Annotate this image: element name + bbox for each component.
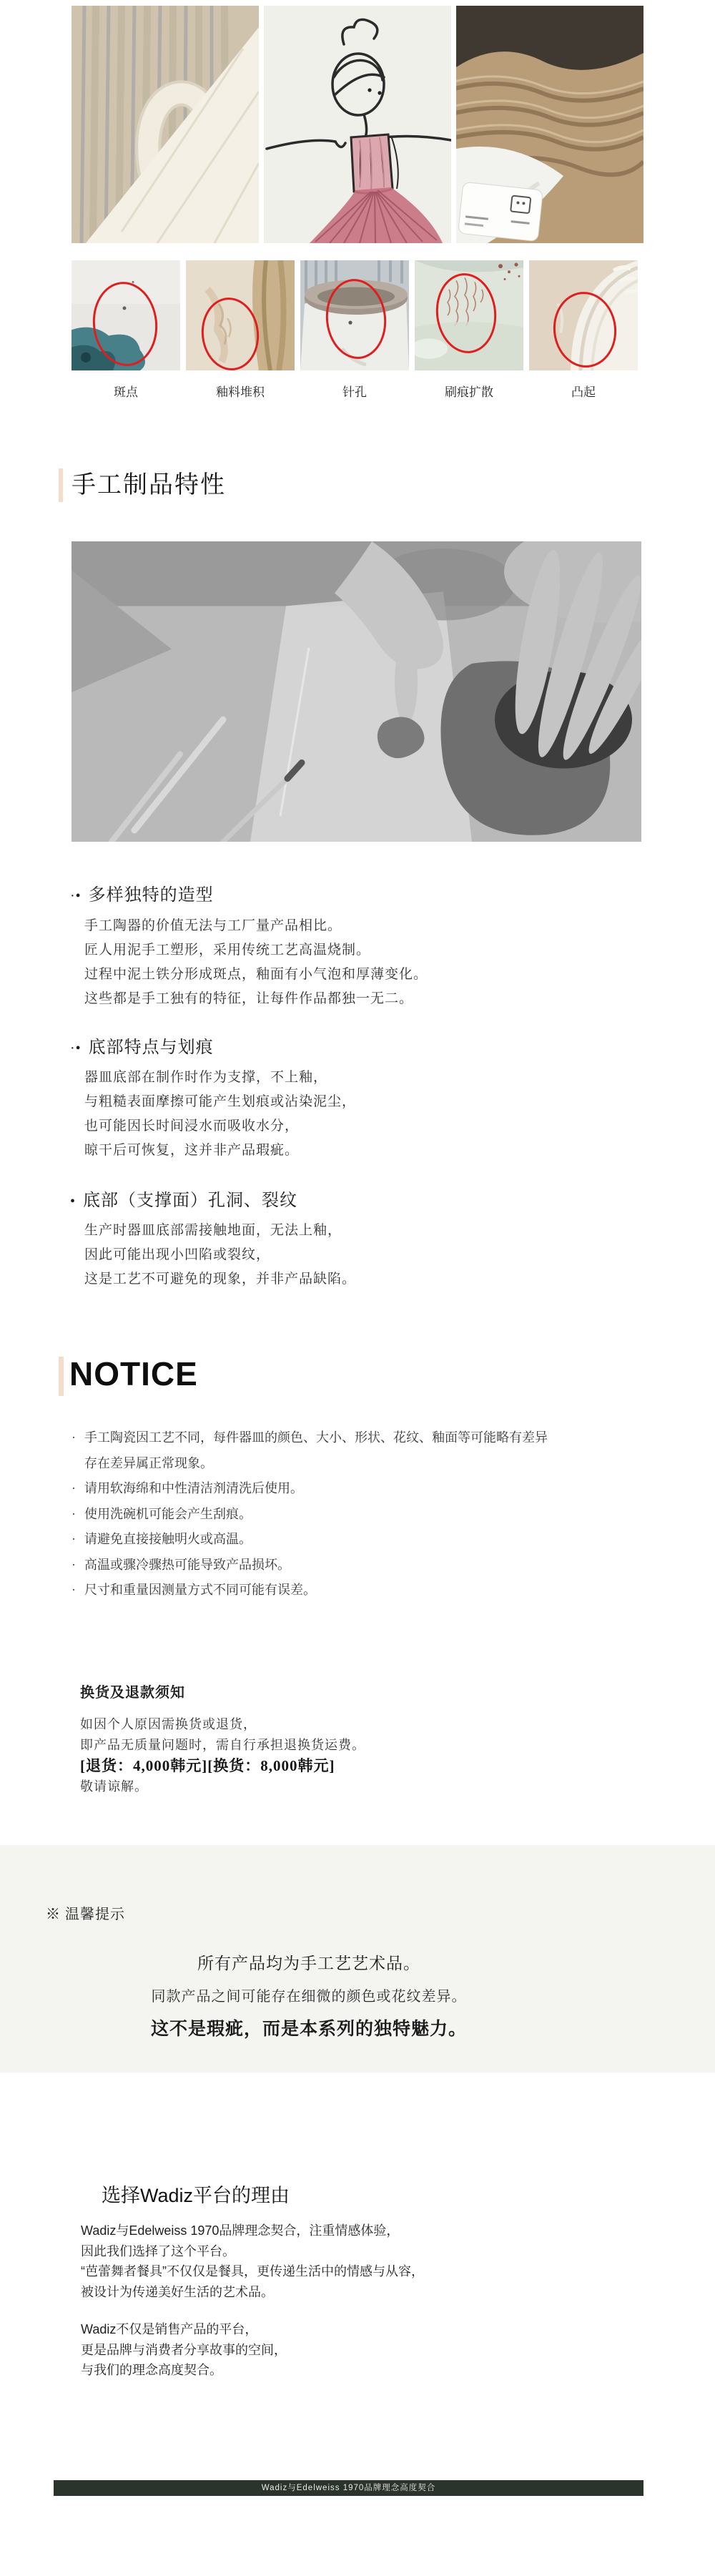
body-line: 过程中泥土铁分形成斑点，釉面有小气泡和厚薄变化。: [84, 963, 428, 987]
refund-fee-line: [退货：4,000韩元][换货：8,000韩元]: [80, 1756, 365, 1776]
refund-closing: 敬请谅解。: [80, 1776, 365, 1797]
dot-bullet-icon: ·: [71, 1527, 84, 1553]
tips-line: 同款产品之间可能存在细微的颜色或花纹差异。: [0, 1985, 618, 2005]
subsection-body-shapes: 手工陶器的价值无法与工厂量产品相比。 匠人用泥手工塑形，采用传统工艺高温烧制。 …: [84, 914, 428, 1011]
section-title-handmade: 手工制品特性: [71, 465, 226, 500]
hero-image-clay-texture: [456, 6, 643, 243]
dot-bullet-icon: ·: [71, 1502, 84, 1528]
bullet-icon: ·•: [70, 888, 82, 904]
subsection-heading-bottom: ·•底部特点与划痕: [70, 1033, 214, 1058]
defect-label-glaze-buildup: 釉料堆积: [186, 382, 295, 400]
wadiz-paragraph-2: Wadiz不仅是销售产品的平台， 更是品牌与消费者分享故事的空间， 与我们的理念…: [81, 2319, 667, 2381]
bullet-icon: •: [70, 1194, 76, 1209]
defect-image-bump: [529, 260, 638, 370]
notice-bullet: ·尺寸和重量因测量方式不同可能有误差。: [71, 1578, 651, 1603]
wadiz-section-title: 选择Wadiz平台的理由: [102, 2180, 290, 2208]
refund-line: 即产品无质量问题时，需自行承担退换货运费。: [80, 1735, 365, 1756]
body-line: 晾干后可恢复，这并非产品瑕疵。: [84, 1139, 356, 1163]
subsection-heading-shapes: ·•多样独特的造型: [70, 880, 214, 905]
tips-line: 这不是瑕疵，而是本系列的独特魅力。: [0, 2015, 618, 2040]
body-line: 因此可能出现小凹陷或裂纹，: [84, 1243, 356, 1267]
defect-image-glaze-buildup: [186, 260, 295, 370]
refund-line: 如因个人原因需换货或退货，: [80, 1714, 365, 1735]
accent-bar: [59, 1357, 64, 1396]
wadiz-paragraph-1: Wadiz与Edelweiss 1970品牌理念契合，注重情感体验， 因此我们选…: [81, 2221, 667, 2302]
subsection-heading-holes-cracks: •底部（支撑面）孔洞、裂纹: [70, 1186, 297, 1211]
dot-bullet-icon: ·: [71, 1476, 84, 1502]
defect-label-brush-marks: 刷痕扩散: [415, 382, 523, 400]
body-line: 手工陶器的价值无法与工厂量产品相比。: [84, 914, 428, 938]
notice-bullet: ·使用洗碗机可能会产生刮痕。: [71, 1502, 651, 1528]
defect-label-pinhole: 针孔: [300, 382, 409, 400]
tips-text-block: 所有产品均为手工艺艺术品。 同款产品之间可能存在细微的颜色或花纹差异。 这不是瑕…: [0, 1950, 618, 2040]
defect-image-brush-marks: [415, 260, 523, 370]
body-line: 这些都是手工独有的特征，让每件作品都独一无二。: [84, 987, 428, 1011]
notice-bullet: ·请避免直接接触明火或高温。: [71, 1527, 651, 1553]
body-line: 这是工艺不可避免的现象，并非产品缺陷。: [84, 1267, 356, 1292]
hero-image-ballerina-drawing: [264, 6, 451, 243]
wadiz-line: 更是品牌与消费者分享故事的空间，: [81, 2340, 667, 2361]
bullet-icon: ·•: [70, 1041, 82, 1056]
defect-label-bump: 凸起: [529, 382, 638, 400]
wadiz-line: “芭蕾舞者餐具”不仅仅是餐具，更传递生活中的情感与从容，: [81, 2261, 667, 2282]
ballerina-illustration: [264, 6, 451, 243]
notice-title: NOTICE: [69, 1355, 198, 1393]
notice-list: ·手工陶瓷因工艺不同，每件器皿的颜色、大小、形状、花纹、釉面等可能略有差异 存在…: [71, 1425, 651, 1603]
wadiz-line: Wadiz与Edelweiss 1970品牌理念契合，注重情感体验，: [81, 2221, 667, 2241]
defect-image-spots: [71, 260, 180, 370]
defect-image-pinhole: [300, 260, 409, 370]
notice-bullet: ·请用软海绵和中性清洁剂清洗后使用。: [71, 1476, 651, 1502]
wadiz-line: 与我们的理念高度契合。: [81, 2360, 667, 2381]
brand-banner: Wadiz与Edelweiss 1970品牌理念高度契合: [54, 2480, 643, 2496]
wadiz-line: 因此我们选择了这个平台。: [81, 2241, 667, 2262]
body-line: 器皿底部在制作时作为支撑，不上釉，: [84, 1066, 356, 1090]
dot-bullet-icon: ·: [71, 1553, 84, 1578]
wadiz-line: 被设计为传递美好生活的艺术品。: [81, 2282, 667, 2303]
body-line: 也可能因长时间浸水而吸收水分，: [84, 1114, 356, 1139]
hero-image-mug-handle: [71, 6, 259, 243]
notice-bullet: ·高温或骤冷骤热可能导致产品损坏。: [71, 1553, 651, 1578]
subsection-body-holes-cracks: 生产时器皿底部需接触地面，无法上釉， 因此可能出现小凹陷或裂纹， 这是工艺不可避…: [84, 1219, 356, 1292]
handmade-photo: [71, 541, 641, 842]
body-line: 匠人用泥手工塑形，采用传统工艺高温烧制。: [84, 938, 428, 963]
product-detail-page: 斑点 釉料堆积 针孔 刷痕扩散 凸起 手工制品特性: [0, 0, 715, 2576]
defect-label-spots: 斑点: [71, 382, 180, 400]
wadiz-line: Wadiz不仅是销售产品的平台，: [81, 2319, 667, 2340]
clay-texture-illustration: [456, 6, 643, 243]
refund-body: 如因个人原因需换货或退货， 即产品无质量问题时，需自行承担退换货运费。 [退货：…: [80, 1714, 365, 1797]
tips-line: 所有产品均为手工艺艺术品。: [0, 1950, 618, 1974]
hands-clay-illustration: [71, 541, 641, 842]
subsection-body-bottom: 器皿底部在制作时作为支撑，不上釉， 与粗糙表面摩擦可能产生划痕或沾染泥尘， 也可…: [84, 1066, 356, 1163]
mug-handle-illustration: [71, 6, 259, 243]
notice-bullet: ·手工陶瓷因工艺不同，每件器皿的颜色、大小、形状、花纹、釉面等可能略有差异: [71, 1425, 651, 1451]
dot-bullet-icon: ·: [71, 1425, 84, 1451]
body-line: 生产时器皿底部需接触地面，无法上釉，: [84, 1219, 356, 1243]
accent-bar: [59, 468, 63, 502]
body-line: 与粗糙表面摩擦可能产生划痕或沾染泥尘，: [84, 1090, 356, 1114]
notice-bullet-continuation: 存在差异属正常现象。: [71, 1451, 651, 1477]
refund-title: 换货及退款须知: [80, 1681, 185, 1701]
tips-label: ※ 温馨提示: [46, 1902, 125, 1923]
dot-bullet-icon: ·: [71, 1578, 84, 1603]
